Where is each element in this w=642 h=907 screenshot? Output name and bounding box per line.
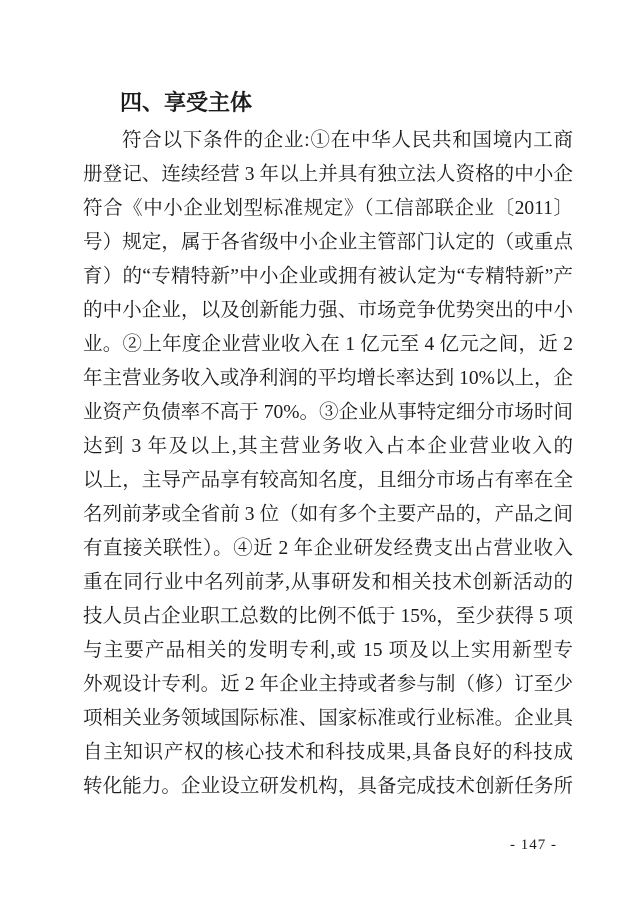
paragraph-line: 自主知识产权的核心技术和科技成果,具备良好的科技成果: [83, 736, 573, 770]
paragraph-line: 以上，主导产品享有较高知名度，且细分市场占有率在全国: [83, 464, 573, 498]
paragraph-line: 符合以下条件的企业:①在中华人民共和国境内工商注: [83, 124, 573, 158]
paragraph-line: 转化能力。企业设立研发机构，具备完成技术创新任务所必: [83, 770, 573, 804]
paragraph-line: 符合《中小企业划型标准规定》（工信部联企业〔2011〕300: [83, 192, 573, 226]
page-footer: - 147 -: [510, 834, 557, 856]
paragraph-line: 号）规定，属于各省级中小企业主管部门认定的（或重点培: [83, 226, 573, 260]
paragraph-line: 重在同行业中名列前茅,从事研发和相关技术创新活动的科: [83, 566, 573, 600]
document-page: 四、享受主体 符合以下条件的企业:①在中华人民共和国境内工商注册登记、连续经营 …: [0, 0, 642, 907]
paragraph-line: 达到 3 年及以上,其主营业务收入占本企业营业收入的 70%: [83, 430, 573, 464]
paragraph-line: 育）的“专精特新”中小企业或拥有被认定为“专精特新”产品: [83, 260, 573, 294]
paragraph-line: 项相关业务领域国际标准、国家标准或行业标准。企业具有: [83, 702, 573, 736]
paragraph-line: 技人员占企业职工总数的比例不低于 15%，至少获得 5 项: [83, 600, 573, 634]
paragraph-line: 名列前茅或全省前 3 位（如有多个主要产品的，产品之间应: [83, 498, 573, 532]
paragraph-line: 外观设计专利。近 2 年企业主持或者参与制（修）订至少 1: [83, 668, 573, 702]
paragraph-line: 有直接关联性）。④近 2 年企业研发经费支出占营业收入比: [83, 532, 573, 566]
paragraph-line: 的中小企业，以及创新能力强、市场竞争优势突出的中小企: [83, 294, 573, 328]
paragraph-line: 与主要产品相关的发明专利,或 15 项及以上实用新型专利、: [83, 634, 573, 668]
body-paragraph: 符合以下条件的企业:①在中华人民共和国境内工商注册登记、连续经营 3 年以上并具…: [83, 124, 573, 804]
page-number: - 147 -: [510, 837, 557, 853]
section-heading: 四、享受主体: [83, 88, 573, 118]
paragraph-line: 册登记、连续经营 3 年以上并具有独立法人资格的中小企业，: [83, 158, 573, 192]
paragraph-line: 业。②上年度企业营业收入在 1 亿元至 4 亿元之间，近 2: [83, 328, 573, 362]
paragraph-line: 业资产负债率不高于 70%。③企业从事特定细分市场时间: [83, 396, 573, 430]
paragraph-line: 年主营业务收入或净利润的平均增长率达到 10%以上，企: [83, 362, 573, 396]
